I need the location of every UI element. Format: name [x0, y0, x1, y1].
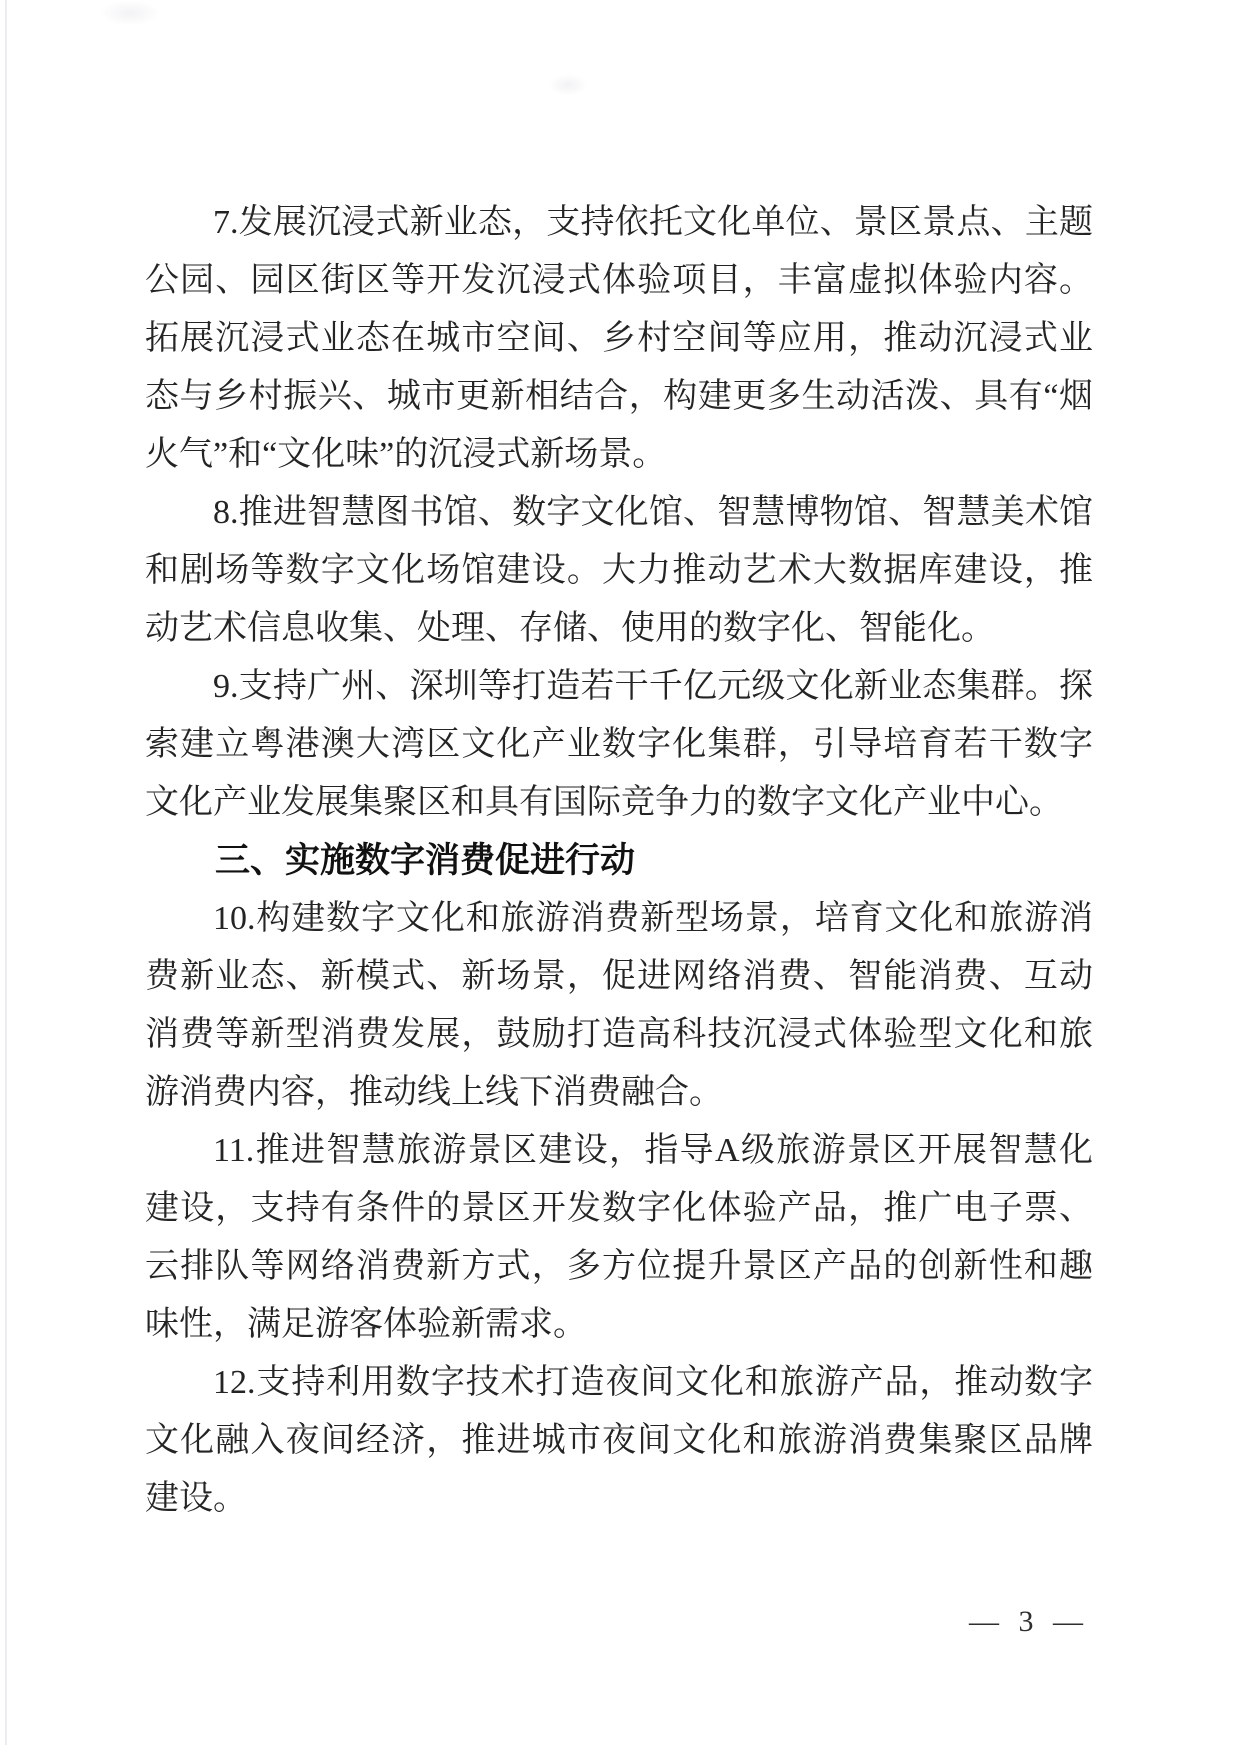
paragraph-item-10: 10.构建数字文化和旅游消费新型场景，培育文化和旅游消费新业态、新模式、新场景，…	[145, 890, 1093, 1122]
document-page: 7.发展沉浸式新业态，支持依托文化单位、景区景点、主题公园、园区街区等开发沉浸式…	[0, 0, 1241, 1745]
paragraph-item-11: 11.推进智慧旅游景区建设，指导A级旅游景区开展智慧化建设，支持有条件的景区开发…	[145, 1122, 1093, 1354]
section-heading: 三、实施数字消费促进行动	[145, 832, 1093, 890]
paragraph-item-7: 7.发展沉浸式新业态，支持依托文化单位、景区景点、主题公园、园区街区等开发沉浸式…	[145, 194, 1093, 484]
scan-edge-line	[5, 0, 7, 1745]
paragraph-item-12: 12.支持利用数字技术打造夜间文化和旅游产品，推动数字文化融入夜间经济，推进城市…	[145, 1354, 1093, 1528]
scan-artifact	[100, 0, 160, 26]
paragraph-item-9: 9.支持广州、深圳等打造若干千亿元级文化新业态集群。探索建立粤港澳大湾区文化产业…	[145, 658, 1093, 832]
paragraph-item-8: 8.推进智慧图书馆、数字文化馆、智慧博物馆、智慧美术馆和剧场等数字文化场馆建设。…	[145, 484, 1093, 658]
document-body: 7.发展沉浸式新业态，支持依托文化单位、景区景点、主题公园、园区街区等开发沉浸式…	[145, 194, 1093, 1528]
scan-artifact	[548, 74, 588, 96]
page-number: — 3 —	[969, 1602, 1089, 1642]
